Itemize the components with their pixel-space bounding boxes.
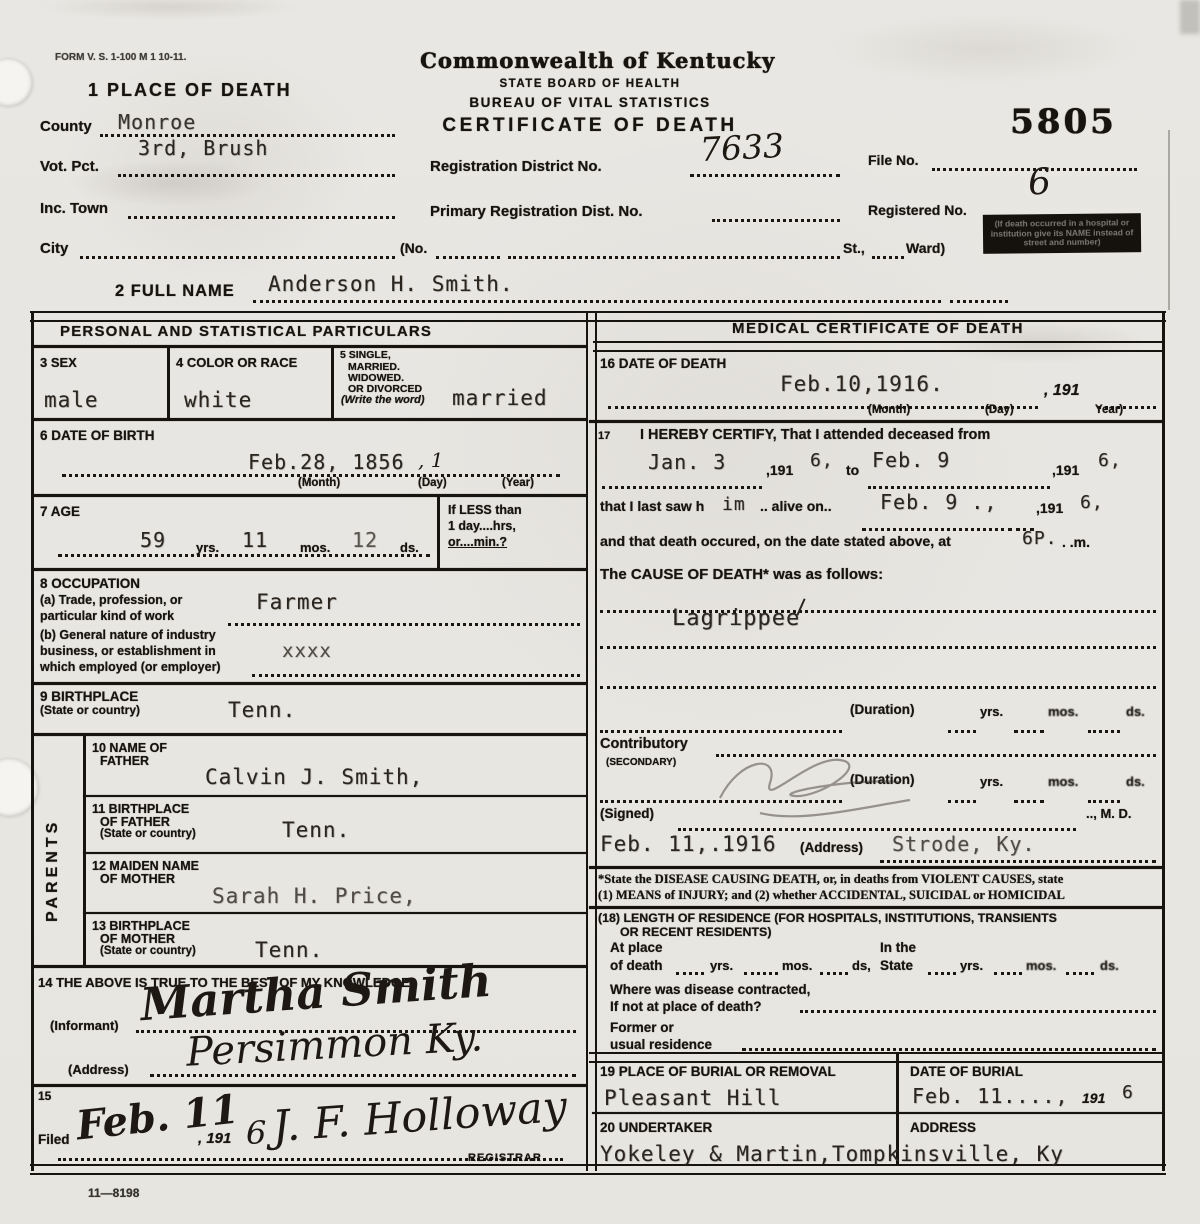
occupation-label: 8 OCCUPATION [40,576,140,591]
father-name-label2: FATHER [100,754,149,768]
duration-dots1 [948,712,976,733]
res-dots1 [676,962,704,975]
burial-place-value: Pleasant Hill [604,1086,781,1110]
rule [83,795,586,797]
org-board: STATE BOARD OF HEALTH [420,78,760,90]
parents-side-label: PARENTS [44,782,62,922]
age-days-unit: ds. [400,540,419,555]
date-of-death-value: Feb.10,1916. [780,372,944,396]
death-time-suffix: . .m. [1062,534,1090,550]
occupation-a-line1: (a) Trade, profession, or [40,593,182,607]
city-ward-label: Ward) [906,240,945,256]
rule [32,418,586,421]
where-contracted-line2: If not at place of death? [610,999,762,1014]
duration2-dots3 [1088,782,1120,803]
in-state-line1: In the [880,940,916,955]
year1-printed: ,191 [766,462,793,478]
rule [32,682,586,685]
dod-day-label: (Day) [985,404,1014,416]
father-name-label1: 10 NAME OF [92,741,167,755]
res-dots6 [1066,962,1094,975]
undertaker-value: Yokeley & Martin,Tompkinsville, Ky [600,1142,1064,1166]
date-of-death-label: 16 DATE OF DEATH [600,356,726,371]
to-label: to [846,462,859,478]
birthplace-label: 9 BIRTHPLACE [40,689,138,704]
physician-address-label: (Address) [800,840,863,855]
year3-value: 6, [1080,492,1104,513]
primary-registration-label: Primary Registration Dist. No. [430,203,643,220]
occupation-b-line1: (b) General nature of industry [40,628,216,642]
occupation-a-line2: particular kind of work [40,609,174,623]
marital-value: married [452,386,548,410]
age-less-line1: If LESS than [448,503,522,517]
informant-address-label: (Address) [68,1062,129,1077]
where-contracted-line1: Where was disease contracted, [610,982,810,997]
scan-smudge [40,0,300,20]
res-dots4 [928,962,956,975]
mother-birthplace-label1: 13 BIRTHPLACE [92,919,190,933]
age-months-unit: mos. [300,540,330,555]
org-bureau: BUREAU OF VITAL STATISTICS [420,95,760,110]
dob-year-label: (Year) [502,477,534,489]
duration-ds-unit: ds. [1126,704,1145,719]
signed-year-value: 1916 [722,832,777,856]
filed-item-no: 15 [38,1089,51,1103]
former-residence-line2: usual residence [610,1037,712,1052]
last-saw-typed: im [722,494,746,515]
date-of-death-year-printed: , 191 [1044,382,1080,400]
duration-label: (Duration) [850,702,915,717]
filed-year-printed: , 191 [198,1130,231,1147]
file-no-label: File No. [868,152,919,168]
mother-birthplace-label3: (State or country) [100,945,196,957]
duration-dots3 [1088,712,1120,733]
dob-suffix: , 1 [418,448,443,472]
signed-label: (Signed) [600,806,654,821]
res-ds2: ds. [1100,958,1119,973]
certify-text: I HEREBY CERTIFY, That I attended deceas… [640,427,990,443]
at-place-line2: of death [610,958,663,973]
rule [592,1112,1162,1114]
primary-registration-line [712,197,840,222]
last-saw-line [862,510,1012,531]
county-value: Monroe [118,110,196,134]
contributory-label: Contributory [600,736,688,752]
hospital-note-smudge: (If death occurred in a hospital or inst… [983,213,1141,253]
personal-section-title: PERSONAL AND STATISTICAL PARTICULARS [60,323,432,340]
alive-on-label: .. alive on.. [760,498,832,514]
rule [32,345,586,348]
death-certificate-scan: FORM V. S. 1-100 M 1 10-11. 1 PLACE OF D… [0,0,1200,1224]
vot-pct-label: Vot. Pct. [40,158,99,175]
color-race-label: 4 COLOR OR RACE [176,355,297,370]
in-state-line2: State [880,958,913,973]
city-label: City [40,240,68,257]
duration-line [600,712,842,733]
rule [32,568,586,571]
medical-section-title: MEDICAL CERTIFICATE OF DEATH [593,320,1163,337]
md-label: .., M. D. [1086,806,1132,821]
mother-birthplace-value: Tenn. [255,938,323,962]
city-no-line [436,234,500,259]
table-right-rule [1162,311,1165,1171]
rule [589,866,1162,869]
age-years-unit: yrs. [196,540,219,555]
dob-month-label: (Month) [298,477,340,489]
scan-edge-line [1168,130,1170,310]
informant-label: (Informant) [50,1018,119,1033]
res-yrs1: yrs. [710,958,733,973]
city-no-label: (No. [400,240,427,256]
cause-intro-label: The CAUSE OF DEATH* was as follows: [600,566,883,583]
mother-name-label1: 12 MAIDEN NAME [92,859,199,873]
org-name: Commonwealth of Kentucky [420,48,760,73]
registration-district-label: Registration District No. [430,158,602,175]
rule [83,912,586,914]
full-name-value: Anderson H. Smith. [268,272,514,296]
undertaker-address-label: ADDRESS [910,1120,976,1135]
inc-town-label: Inc. Town [40,200,108,217]
residence-title-line2: OR RECENT RESIDENTS) [620,925,771,939]
res-mos1: mos. [782,958,812,973]
death-time-value: 6P. [1022,528,1058,549]
hole-punch [0,58,32,106]
footnote-line2: (1) MEANS of INJURY; and (2) whether ACC… [598,888,1065,903]
res-yrs2: yrs. [960,958,983,973]
duration-dots2 [1014,712,1044,733]
burial-date-label: DATE OF BURIAL [910,1064,1023,1079]
duration-yrs-unit: yrs. [980,704,1003,719]
footnote-line1: *State the DISEASE CAUSING DEATH, or, in… [598,872,1063,887]
burial-date-year-printed: 191 [1082,1090,1105,1106]
parents-divider [83,733,86,965]
mother-name-label2: OF MOTHER [100,872,175,886]
cell-divider [437,494,440,568]
dob-day-label: (Day) [418,477,447,489]
father-birthplace-label2: OF FATHER [100,815,170,829]
occupation-b-line3: which employed (or employer) [40,660,221,674]
year1-value: 6, [810,450,834,471]
at-place-line1: At place [610,940,663,955]
dod-year-label: Year) [1095,404,1123,416]
rule [589,906,1162,909]
mother-birthplace-label2: OF MOTHER [100,932,175,946]
city-st-label: St., [843,240,865,256]
residence-title-line1: (18) LENGTH OF RESIDENCE (FOR HOSPITALS,… [598,911,1057,925]
secondary-label: (SECONDARY) [606,757,676,768]
form-code: FORM V. S. 1-100 M 1 10-11. [55,52,186,63]
year3-printed: ,191 [1036,500,1063,516]
cause-line2 [600,628,1156,649]
res-ds1: ds, [852,958,871,973]
physician-signature-scribble [700,738,1020,828]
father-name-value: Calvin J. Smith, [205,765,423,789]
certify-item-no: 17 [598,430,610,442]
cell-divider [331,345,334,418]
age-less-line3: or....min.? [448,535,507,549]
year2-value: 6, [1098,450,1122,471]
table-left-rule [31,311,34,1171]
physician-address-line [880,852,1156,863]
attended-to-line [868,468,1050,489]
burial-place-label: 19 PLACE OF BURIAL OR REMOVAL [600,1064,836,1079]
attended-from-value: Jan. 3 [648,450,726,474]
inc-town-line [128,194,395,219]
former-residence-line [742,1038,1156,1051]
full-name-line-tail [950,278,1008,303]
city-ward-line [872,234,904,259]
rule [83,852,586,854]
marital-label-line5: (Write the word) [341,394,425,406]
birthplace-sub-label: (State or country) [40,703,140,717]
cell-divider [167,345,170,418]
sex-label: 3 SEX [40,355,77,370]
res-dots3 [820,962,848,975]
sex-value: male [44,388,99,412]
res-dots5 [994,962,1022,975]
scan-edge-mark [1180,0,1200,34]
res-mos2: mos. [1026,958,1056,973]
rule [593,341,1162,352]
registrar-label: REGISTRAR [468,1152,542,1164]
vot-pct-value: 3rd, Brush [138,136,268,160]
duration2-ds-unit: ds. [1126,774,1145,789]
marital-label-line1: 5 SINGLE, [340,350,391,361]
age-years-value: 59 [140,528,166,552]
rule [589,1052,1162,1063]
father-birthplace-label1: 11 BIRTHPLACE [92,802,189,816]
birthplace-value: Tenn. [228,698,296,722]
color-race-value: white [184,388,252,412]
rule [32,494,586,497]
registered-no-label: Registered No. [868,202,967,218]
occupation-b-value: xxxx [282,640,332,662]
father-birthplace-label3: (State or country) [100,828,196,840]
age-days-value: 12 [352,528,378,552]
res-dots2 [744,962,778,975]
burial-date-value: Feb. 11...., [912,1084,1069,1108]
dod-month-label: (Month) [868,404,910,416]
occupation-a-value: Farmer [256,590,338,614]
city-line [80,234,395,259]
death-occurred-label: and that death occured, on the date stat… [600,534,951,550]
place-of-death-section-label: 1 PLACE OF DEATH [88,80,292,101]
father-birthplace-value: Tenn. [282,818,350,842]
full-name-label: 2 FULL NAME [115,282,235,301]
age-less-line2: 1 day....hrs, [448,519,516,533]
signed-line [678,820,1076,831]
footer-form-code: 11—8198 [88,1186,139,1200]
dob-label: 6 DATE OF BIRTH [40,428,155,443]
age-label: 7 AGE [40,504,80,519]
duration2-mos-unit: mos. [1048,774,1078,789]
cause-line3 [600,668,1156,689]
burial-date-year-value: 6 [1122,1082,1134,1103]
where-contracted-line [800,1000,1156,1013]
former-residence-line1: Former or [610,1020,674,1035]
certificate-number: 5805 [1010,102,1117,142]
mother-name-value: Sarah H. Price, [212,884,417,908]
signed-date-value: Feb. 11,.. [600,832,736,856]
last-saw-prefix: that I last saw h [600,498,704,514]
column-divider [586,311,597,1171]
rule [589,420,1162,423]
year2-printed: ,191 [1052,462,1079,478]
rule [32,733,586,736]
dob-value: Feb.28, 1856 [248,450,405,474]
city-street-line [508,234,840,259]
age-months-value: 11 [242,528,268,552]
registration-district-value: 7633 [699,126,785,169]
county-label: County [40,118,92,135]
filed-year-value: 6 [246,1114,266,1152]
duration-mos-unit: mos. [1048,704,1078,719]
undertaker-label: 20 UNDERTAKER [600,1120,712,1135]
occupation-b-line2: business, or establishment in [40,644,216,658]
